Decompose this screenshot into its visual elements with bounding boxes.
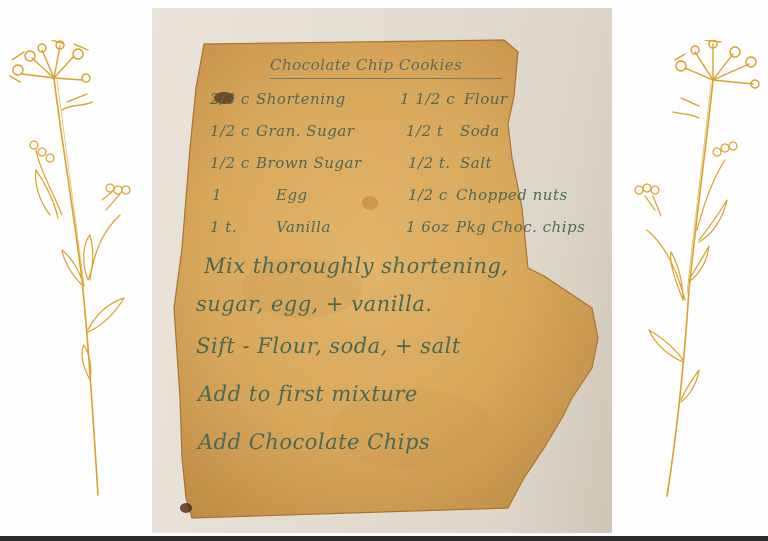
ingredient-qty: 1 6oz: [406, 218, 449, 236]
ingredient-item: Shortening: [256, 90, 346, 108]
instruction-step: Sift - Flour, soda, + salt: [196, 334, 461, 358]
ingredient-item: Pkg Choc. chips: [456, 218, 585, 236]
ingredient-item: Salt: [460, 154, 492, 172]
handwritten-recipe: Chocolate Chip Cookies 2/3 c Shortening …: [152, 8, 612, 533]
ingredient-item: Vanilla: [276, 218, 331, 236]
ingredient-qty: 1: [212, 186, 222, 204]
instruction-step: sugar, egg, + vanilla.: [196, 292, 433, 316]
ingredient-item: Soda: [460, 122, 500, 140]
instruction-step: Mix thoroughly shortening,: [204, 254, 509, 278]
ingredient-qty: 1/2 t.: [408, 154, 451, 172]
ingredient-qty: 1/2 c: [408, 186, 448, 204]
recipe-photo: Chocolate Chip Cookies 2/3 c Shortening …: [152, 8, 612, 533]
ingredient-item: Brown Sugar: [256, 154, 362, 172]
ingredient-item: Chopped nuts: [456, 186, 568, 204]
ingredient-item: Gran. Sugar: [256, 122, 354, 140]
ingredient-qty: 1/2 c: [210, 154, 250, 172]
title-underline: [270, 78, 502, 79]
ingredient-item: Flour: [464, 90, 508, 108]
recipe-title: Chocolate Chip Cookies: [270, 56, 462, 74]
ingredient-qty: 1 1/2 c: [400, 90, 455, 108]
bottom-border: [0, 536, 768, 541]
image-canvas: Chocolate Chip Cookies 2/3 c Shortening …: [0, 0, 768, 541]
ingredient-qty: 1/2 c: [210, 122, 250, 140]
ingredient-qty: 1/2 t: [406, 122, 443, 140]
ingredient-item: Egg: [276, 186, 308, 204]
gold-floral-sprig-left-icon: [2, 40, 142, 500]
gold-floral-sprig-right-icon: [625, 40, 765, 500]
instruction-step: Add to first mixture: [198, 382, 418, 406]
instruction-step: Add Chocolate Chips: [198, 430, 430, 454]
ingredient-qty: 1 t.: [210, 218, 237, 236]
ingredient-qty: 2/3 c: [210, 90, 250, 108]
